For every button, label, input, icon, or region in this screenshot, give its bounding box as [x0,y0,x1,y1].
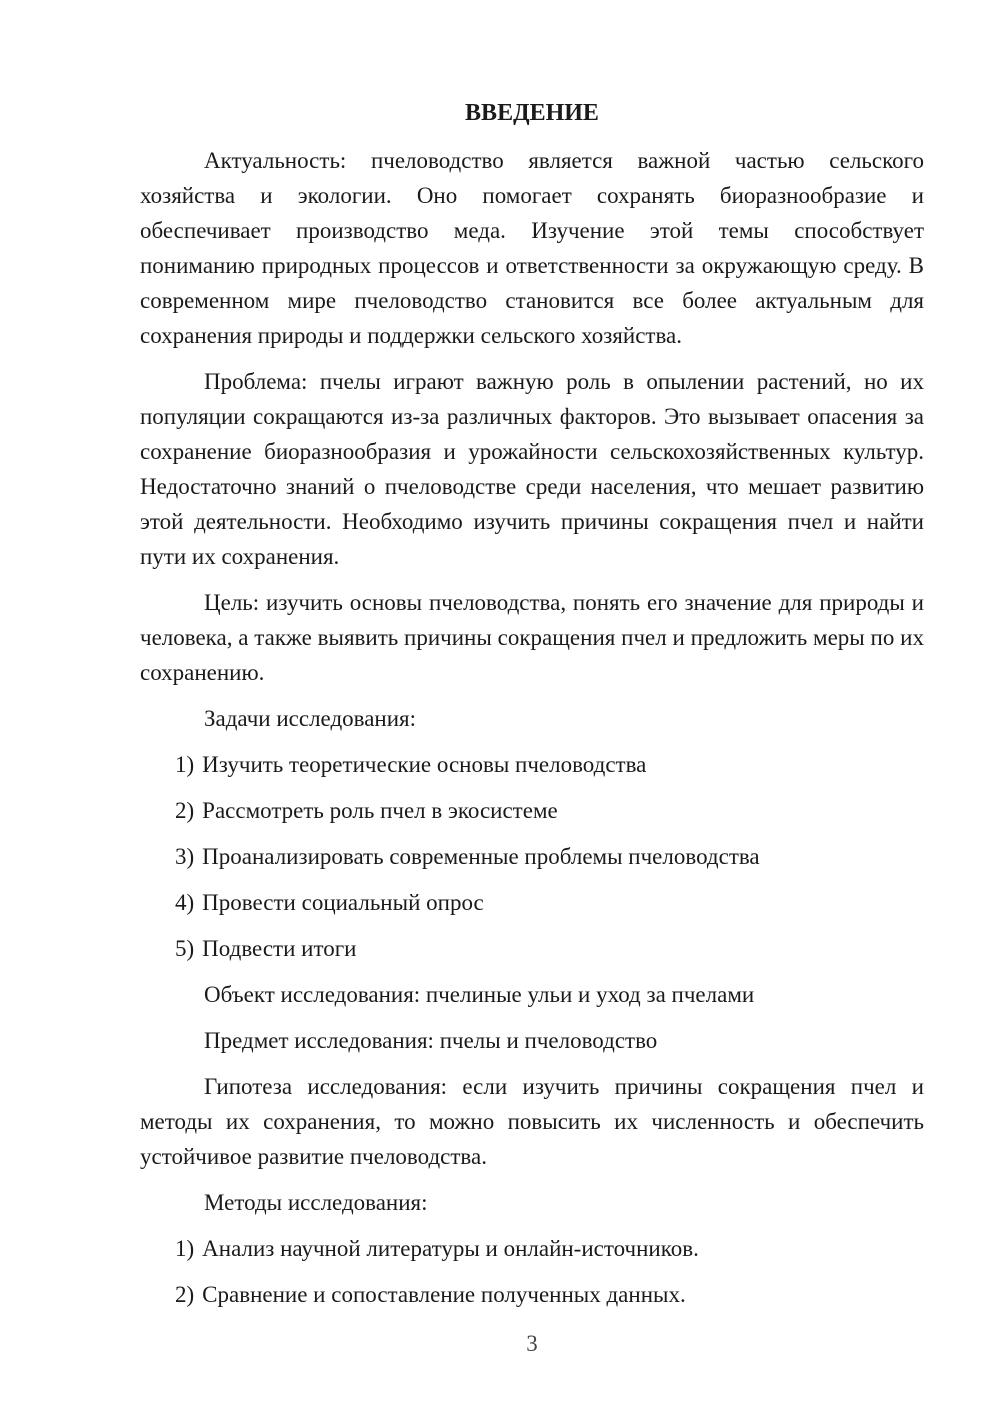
method-text: Анализ научной литературы и онлайн-источ… [202,1236,699,1261]
tasks-label: Задачи исследования: [140,701,924,736]
method-number: 2) [175,1282,194,1307]
task-number: 2) [175,798,194,823]
paragraph-relevance: Актуальность: пчеловодство является важн… [140,143,924,353]
method-text: Сравнение и сопоставление полученных дан… [202,1282,686,1307]
methods-label: Методы исследования: [140,1185,924,1220]
task-text: Изучить теоретические основы пчеловодств… [202,752,646,777]
tasks-list: 1)Изучить теоретические основы пчеловодс… [140,747,924,966]
task-text: Провести социальный опрос [202,890,484,915]
paragraph-problem: Проблема: пчелы играют важную роль в опы… [140,364,924,574]
task-number: 1) [175,752,194,777]
task-number: 3) [175,844,194,869]
section-heading: ВВЕДЕНИЕ [140,96,924,131]
method-item: 1)Анализ научной литературы и онлайн-ист… [175,1231,924,1266]
page-number: 3 [140,1326,924,1361]
task-item: 5)Подвести итоги [175,931,924,966]
method-number: 1) [175,1236,194,1261]
task-item: 3)Проанализировать современные проблемы … [175,839,924,874]
method-item: 2)Сравнение и сопоставление полученных д… [175,1277,924,1312]
paragraph-goal: Цель: изучить основы пчеловодства, понят… [140,585,924,690]
document-page: ВВЕДЕНИЕ Актуальность: пчеловодство явля… [0,0,1000,1414]
paragraph-object: Объект исследования: пчелиные ульи и ухо… [140,977,924,1012]
task-text: Проанализировать современные проблемы пч… [202,844,759,869]
paragraph-subject: Предмет исследования: пчелы и пчеловодст… [140,1023,924,1058]
task-item: 2)Рассмотреть роль пчел в экосистеме [175,793,924,828]
task-text: Рассмотреть роль пчел в экосистеме [202,798,558,823]
task-number: 4) [175,890,194,915]
paragraph-hypothesis: Гипотеза исследования: если изучить прич… [140,1069,924,1174]
methods-list: 1)Анализ научной литературы и онлайн-ист… [140,1231,924,1312]
task-number: 5) [175,936,194,961]
task-item: 1)Изучить теоретические основы пчеловодс… [175,747,924,782]
task-item: 4)Провести социальный опрос [175,885,924,920]
task-text: Подвести итоги [202,936,356,961]
